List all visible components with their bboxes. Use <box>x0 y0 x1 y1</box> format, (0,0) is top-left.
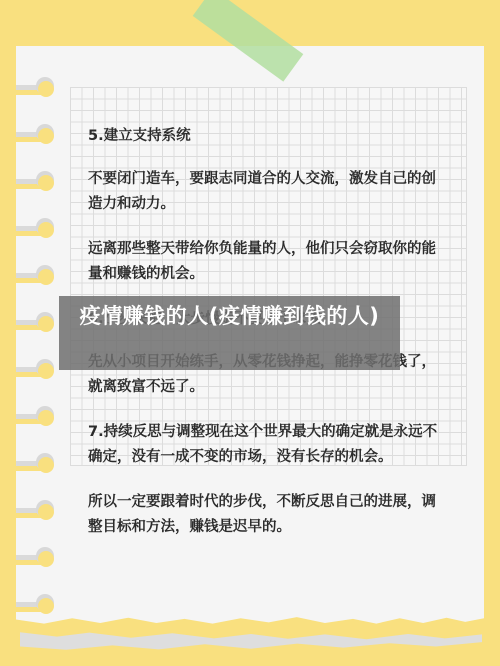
binder-hole-icon <box>16 362 56 382</box>
binder-hole-icon <box>16 597 56 617</box>
binder-hole-icon <box>16 221 56 241</box>
section-5-paragraph-2: 远离那些整天带给你负能量的人，他们只会窃取你的能量和赚钱的机会。 <box>88 237 448 287</box>
section-5-paragraph-1: 不要闭门造车，要跟志同道合的人交流，激发自己的创造力和动力。 <box>88 167 448 217</box>
title-banner: 疫情赚钱的人(疫情赚到钱的人) <box>59 296 400 370</box>
torn-paper-shadow <box>20 630 482 652</box>
binder-hole-icon <box>16 127 56 147</box>
binder-hole-icon <box>16 315 56 335</box>
binder-hole-icon <box>16 456 56 476</box>
binder-hole-icon <box>16 268 56 288</box>
binder-hole-icon <box>16 409 56 429</box>
section-7-paragraph-2: 所以一定要跟着时代的步伐，不断反思自己的进展，调整目标和方法，赚钱是迟早的。 <box>88 490 448 540</box>
section-heading-5: 5.建立支持系统 <box>88 124 448 149</box>
binder-hole-icon <box>16 80 56 100</box>
title-banner-text: 疫情赚钱的人(疫情赚到钱的人) <box>80 304 380 328</box>
binder-hole-icon <box>16 174 56 194</box>
binder-hole-icon <box>16 550 56 570</box>
section-7-paragraph-1: 7.持续反思与调整现在这个世界最大的确定就是永远不确定，没有一成不变的市场，没有… <box>88 420 448 470</box>
binder-hole-icon <box>16 503 56 523</box>
